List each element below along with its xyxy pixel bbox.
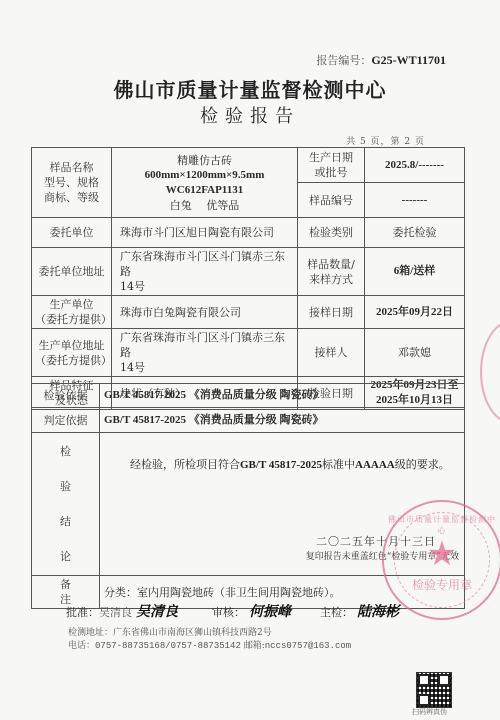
email-value: nccs0757@163.com [265, 641, 351, 651]
footer-address: 检测地址：广东省佛山市南海区狮山镇科技西路2号 [68, 627, 351, 640]
production-date-label-line1: 生产日期 [301, 150, 361, 165]
inspection-type-value: 委托检验 [365, 218, 465, 248]
production-date-label: 生产日期 或批号 [298, 148, 365, 183]
receiver-label: 接样人 [298, 329, 365, 377]
seal-arc-text: 佛山市质量计量监督检测中心 [384, 514, 500, 536]
qr-finder [418, 694, 430, 706]
conclusion-label-char: 论 [35, 539, 96, 574]
conclusion-label: 检 验 结 论 [32, 433, 100, 576]
sample-number-value: ------- [365, 183, 465, 218]
manufacturer-label: 生产单位 （委托方提供） [32, 296, 112, 329]
reviewer-label: 审核： [212, 606, 245, 619]
reviewer: 审核：何振峰 [212, 601, 291, 621]
remarks-label-char: 备 [35, 577, 96, 592]
approver: 批准：吴清良吴清良 [66, 601, 178, 621]
manufacturer-address-line1: 广东省珠海市斗门区斗门镇赤三东路 [120, 330, 294, 360]
judgement-basis-label: 判定依据 [32, 408, 100, 433]
client-value: 珠海市斗门区旭日陶瓷有限公司 [112, 218, 298, 248]
address-label: 检测地址： [68, 628, 113, 638]
receiver-value: 邓款媳 [365, 329, 465, 377]
address-value: 广东省佛山市南海区狮山镇科技西路2号 [113, 628, 272, 638]
conclusion-prefix: 经检验，所检项目符合 [130, 458, 240, 471]
sample-spec: 600mm×1200mm×9.5mm [115, 168, 294, 183]
chief-inspector-label: 主检： [320, 606, 353, 619]
qr-label: 扫码辨真伪 [412, 707, 447, 717]
official-seal: 佛山市质量计量监督检测中心 ★ 检验专用章 [382, 500, 500, 620]
manufacturer-address-value: 广东省珠海市斗门区斗门镇赤三东路 14号 [112, 329, 298, 377]
sample-brand-grade: 白兔 优等品 [115, 198, 294, 213]
document-title: 检验报告 [0, 102, 500, 128]
receipt-date-label: 接样日期 [298, 296, 365, 329]
star-icon: ★ [384, 534, 500, 574]
phone-label: 电话： [68, 641, 95, 651]
conclusion-suffix: 级的要求。 [395, 458, 450, 471]
page-seam-stamp [480, 320, 500, 424]
reviewer-signature: 何振峰 [249, 604, 291, 620]
sample-quantity-label-line1: 样品数量/ [301, 257, 361, 272]
manufacturer-label-line1: 生产单位 [35, 297, 108, 312]
approver-label: 批准： [66, 606, 99, 619]
footer-phone-email: 电话：0757-88735168/0757-88735142 邮箱:nccs07… [68, 640, 351, 653]
sample-model: WC612FAP1131 [115, 183, 294, 198]
chief-inspector-signature: 陆海彬 [357, 604, 399, 620]
receipt-date-value: 2025年09月22日 [365, 296, 465, 329]
conclusion-text: 经检验，所检项目符合GB/T 45817-2025标准中AAAAA级的要求。 [130, 457, 450, 473]
sample-name: 精雕仿古砖 [115, 153, 294, 168]
client-address-line2: 14号 [120, 279, 294, 294]
report-number-value: G25-WT11701 [371, 53, 446, 67]
manufacturer-label-line2: （委托方提供） [35, 312, 108, 327]
manufacturer-address-label-line2: （委托方提供） [35, 353, 108, 368]
sample-label-cell: 样品名称 型号、规格 商标、等级 [32, 148, 112, 218]
seal-label: 检验专用章 [384, 576, 500, 593]
conclusion-label-char: 结 [35, 504, 96, 539]
manufacturer-value: 珠海市白兔陶瓷有限公司 [112, 296, 298, 329]
inspection-type-label: 检验类别 [298, 218, 365, 248]
conclusion-grade: AAAAA [355, 459, 395, 471]
client-label: 委托单位 [32, 218, 112, 248]
sample-info-table: 样品名称 型号、规格 商标、等级 精雕仿古砖 600mm×1200mm×9.5m… [31, 147, 465, 410]
sample-number-label: 样品编号 [298, 183, 365, 218]
approver-signature: 吴清良 [136, 604, 178, 620]
production-date-value: 2025.8/------- [365, 148, 465, 183]
client-address-label: 委托单位地址 [32, 248, 112, 296]
sample-quantity-value: 6箱/送样 [365, 248, 465, 296]
sample-value-cell: 精雕仿古砖 600mm×1200mm×9.5mm WC612FAP1131 白兔… [112, 148, 298, 218]
judgement-basis-value: GB/T 45817-2025 《消费品质量分级 陶瓷砖》 [100, 408, 465, 433]
qr-code-icon[interactable] [416, 672, 452, 708]
report-number-label: 报告编号： [316, 54, 371, 67]
sample-quantity-label-line2: 来样方式 [301, 272, 361, 287]
sample-quantity-label: 样品数量/ 来样方式 [298, 248, 365, 296]
qr-finder [418, 674, 430, 686]
conclusion-mid: 标准中 [322, 458, 355, 471]
manufacturer-address-label: 生产单位地址 （委托方提供） [32, 329, 112, 377]
sample-brand-label: 商标、等级 [35, 190, 108, 205]
client-address-line1: 广东省珠海市斗门区斗门镇赤三东路 [120, 249, 294, 279]
phone-value: 0757-88735168/0757-88735142 [95, 641, 241, 651]
client-address-value: 广东省珠海市斗门区斗门镇赤三东路 14号 [112, 248, 298, 296]
email-label: 邮箱: [244, 641, 265, 651]
test-basis-value: GB/T 45817-2025 《消费品质量分级 陶瓷砖》 [100, 384, 465, 408]
chief-inspector: 主检：陆海彬 [320, 601, 399, 621]
manufacturer-address-line2: 14号 [120, 360, 294, 375]
manufacturer-address-label-line1: 生产单位地址 [35, 338, 108, 353]
sample-name-label: 样品名称 [35, 160, 108, 175]
conclusion-label-char: 验 [35, 469, 96, 504]
conclusion-standard: GB/T 45817-2025 [240, 459, 322, 471]
production-date-label-line2: 或批号 [301, 165, 361, 180]
report-number: 报告编号：G25-WT11701 [316, 52, 446, 68]
footer-contact: 检测地址：广东省佛山市南海区狮山镇科技西路2号 电话：0757-88735168… [68, 627, 351, 653]
organization-title: 佛山市质量计量监督检测中心 [0, 74, 500, 103]
approver-name: 吴清良 [99, 606, 132, 619]
conclusion-label-char: 检 [35, 434, 96, 469]
test-basis-label: 检验依据 [32, 384, 100, 408]
page-info: 共 5 页，第 2 页 [346, 134, 425, 147]
qr-finder [438, 674, 450, 686]
sample-spec-label: 型号、规格 [35, 175, 108, 190]
